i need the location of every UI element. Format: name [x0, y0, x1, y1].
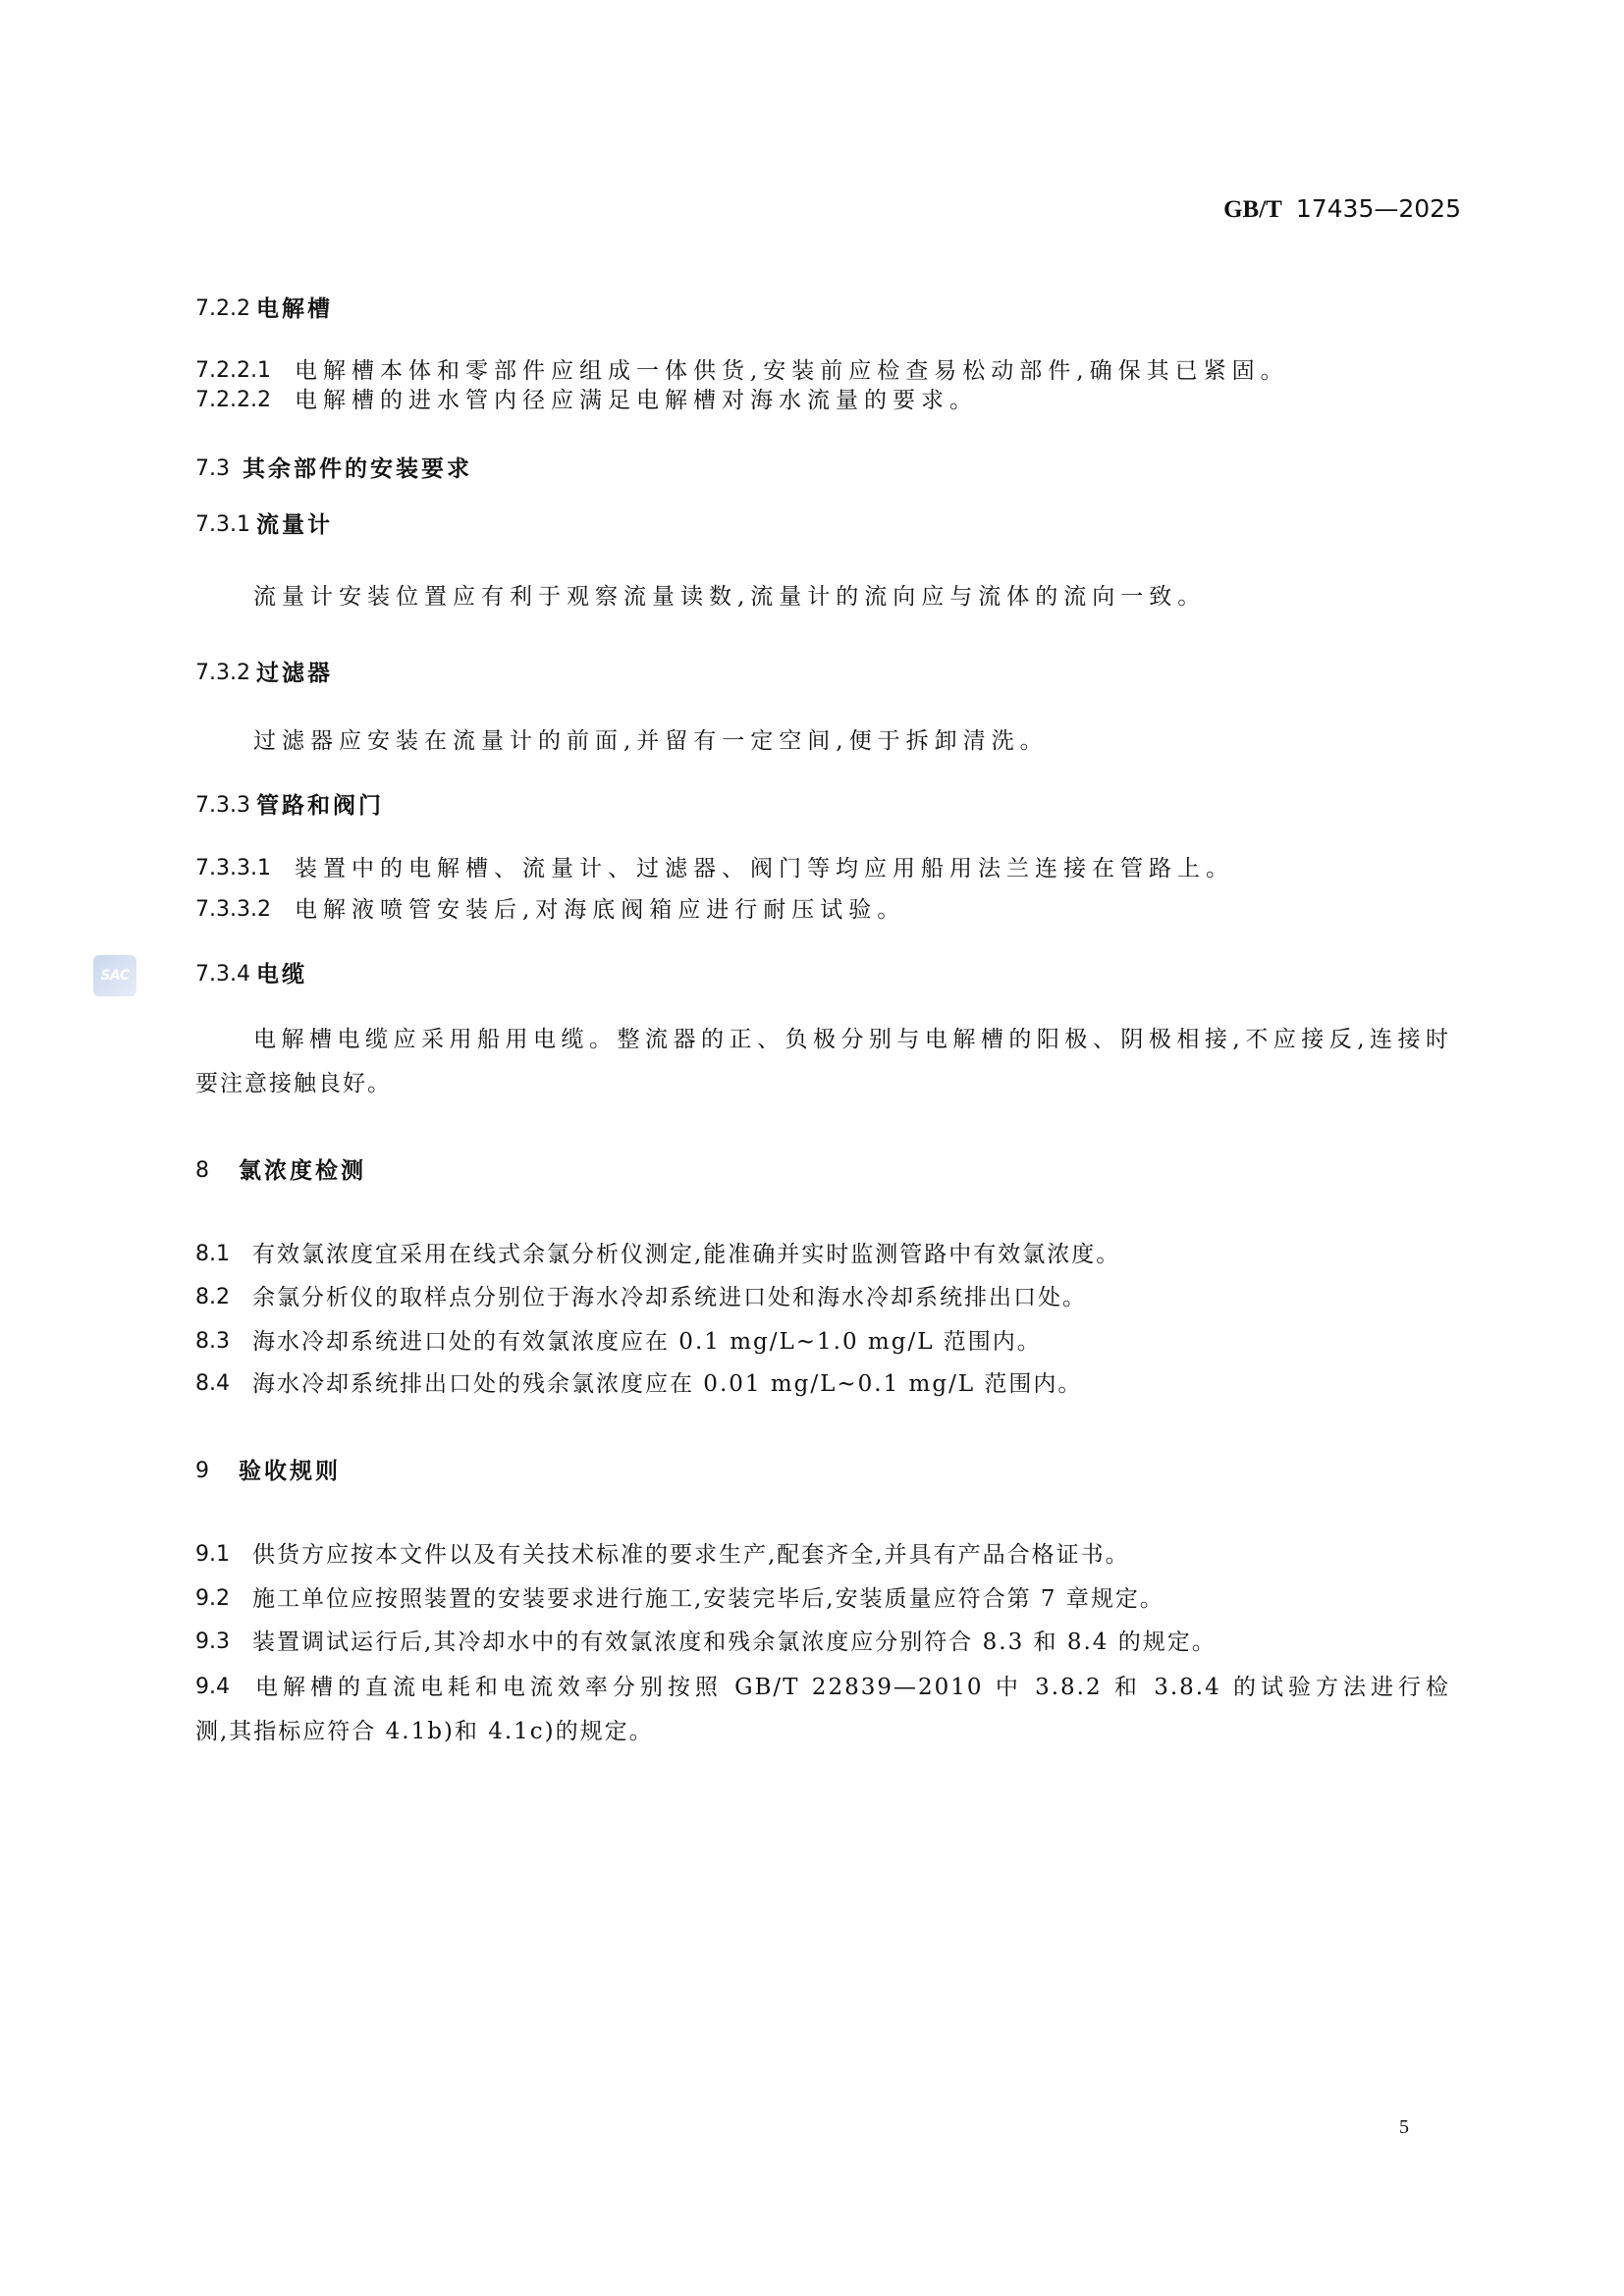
clause-7-3-3-1: 7.3.3.1装置中的电解槽、流量计、过滤器、阀门等均应用船用法兰连接在管路上。	[195, 852, 1450, 885]
clause-text: 电解槽的直流电耗和电流效率分别按照 GB/T 22839—2010 中 3.8.…	[252, 1675, 1450, 1700]
clause-number: 8.1	[195, 1238, 252, 1271]
clause-text: 电解槽的进水管内径应满足电解槽对海水流量的要求。	[295, 388, 978, 413]
paragraph-text: 电解槽电缆应采用船用电缆。整流器的正、负极分别与电解槽的阳极、阴极相接,不应接反…	[253, 1027, 1450, 1052]
clause-number: 8.4	[195, 1367, 252, 1401]
clause-number: 9.4	[195, 1671, 252, 1704]
standard-number: 17435—2025	[1296, 194, 1461, 223]
heading-7-3-3: 7.3.3管路和阀门	[195, 789, 1450, 823]
clause-8-4: 8.4海水冷却系统排出口处的残余氯浓度应在 0.01 mg/L~0.1 mg/L…	[195, 1367, 1450, 1401]
clause-text: 电解槽本体和零部件应组成一体供货,安装前应检查易松动部件,确保其已紧固。	[295, 358, 1289, 384]
heading-7-3-2: 7.3.2过滤器	[195, 657, 1450, 690]
heading-title: 验收规则	[239, 1459, 341, 1484]
clause-8-1: 8.1有效氯浓度宜采用在线式余氯分析仪测定,能准确并实时监测管路中有效氯浓度。	[195, 1238, 1450, 1271]
paragraph-text: 流量计安装位置应有利于观察流量读数,流量计的流向应与流体的流向一致。	[253, 584, 1206, 610]
clause-number: 7.2.2.1	[195, 354, 295, 388]
clause-number: 7.3.3	[195, 789, 256, 823]
clause-number: 7.3.3.2	[195, 893, 295, 927]
clause-7-2-2-1: 7.2.2.1电解槽本体和零部件应组成一体供货,安装前应检查易松动部件,确保其已…	[195, 354, 1450, 388]
clause-text: 海水冷却系统进口处的有效氯浓度应在 0.1 mg/L~1.0 mg/L 范围内。	[252, 1329, 1042, 1355]
heading-7-3-4: 7.3.4电缆	[195, 958, 1450, 991]
heading-title: 其余部件的安装要求	[243, 456, 472, 482]
heading-title: 电解槽	[256, 296, 333, 322]
clause-7-3-3-2: 7.3.3.2电解液喷管安装后,对海底阀箱应进行耐压试验。	[195, 893, 1450, 927]
heading-title: 流量计	[256, 512, 333, 538]
clause-text: 装置调试运行后,其冷却水中的有效氯浓度和残余氯浓度应分别符合 8.3 和 8.4…	[252, 1629, 1217, 1655]
clause-8-2: 8.2余氯分析仪的取样点分别位于海水冷却系统进口处和海水冷却系统排出口处。	[195, 1281, 1450, 1314]
heading-title: 管路和阀门	[256, 793, 384, 819]
clause-text: 海水冷却系统排出口处的残余氯浓度应在 0.01 mg/L~0.1 mg/L 范围…	[252, 1371, 1082, 1397]
clause-number: 8.2	[195, 1281, 252, 1314]
clause-number: 8	[195, 1154, 239, 1188]
clause-9-4-line-2: 测,其指标应符合 4.1b)和 4.1c)的规定。	[195, 1715, 1450, 1748]
clause-text: 余氯分析仪的取样点分别位于海水冷却系统进口处和海水冷却系统排出口处。	[252, 1285, 1087, 1310]
clause-number: 7.3.3.1	[195, 852, 295, 885]
paragraph-7-3-4-line-2: 要注意接触良好。	[195, 1067, 1450, 1100]
standard-code-header: GB/T17435—2025	[1223, 192, 1461, 227]
clause-number: 9.3	[195, 1626, 252, 1659]
clause-text: 测,其指标应符合 4.1b)和 4.1c)的规定。	[195, 1719, 654, 1744]
clause-text: 电解液喷管安装后,对海底阀箱应进行耐压试验。	[295, 897, 905, 923]
clause-number: 9.2	[195, 1582, 252, 1616]
clause-9-1: 9.1供货方应按本文件以及有关技术标准的要求生产,配套齐全,并具有产品合格证书。	[195, 1538, 1450, 1572]
clause-text: 供货方应按本文件以及有关技术标准的要求生产,配套齐全,并具有产品合格证书。	[252, 1542, 1130, 1568]
heading-title: 电缆	[256, 962, 307, 988]
paragraph-7-3-2: 过滤器应安装在流量计的前面,并留有一定空间,便于拆卸清洗。	[253, 724, 1450, 758]
clause-9-2: 9.2施工单位应按照装置的安装要求进行施工,安装完毕后,安装质量应符合第 7 章…	[195, 1582, 1450, 1616]
clause-9-3: 9.3装置调试运行后,其冷却水中的有效氯浓度和残余氯浓度应分别符合 8.3 和 …	[195, 1626, 1450, 1659]
page-number: 5	[1399, 2115, 1409, 2139]
clause-7-2-2-2: 7.2.2.2电解槽的进水管内径应满足电解槽对海水流量的要求。	[195, 384, 1450, 417]
clause-number: 8.3	[195, 1325, 252, 1359]
paragraph-7-3-1: 流量计安装位置应有利于观察流量读数,流量计的流向应与流体的流向一致。	[253, 580, 1450, 614]
clause-number: 7.3	[195, 453, 243, 486]
heading-title: 氯浓度检测	[239, 1158, 366, 1184]
heading-9: 9验收规则	[195, 1455, 1450, 1488]
paragraph-text: 要注意接触良好。	[195, 1071, 392, 1096]
clause-number: 7.3.2	[195, 657, 256, 690]
clause-number: 9.1	[195, 1538, 252, 1572]
clause-9-4-line-1: 9.4电解槽的直流电耗和电流效率分别按照 GB/T 22839—2010 中 3…	[195, 1671, 1450, 1704]
clause-8-3: 8.3海水冷却系统进口处的有效氯浓度应在 0.1 mg/L~1.0 mg/L 范…	[195, 1325, 1450, 1359]
heading-7-2-2: 7.2.2电解槽	[195, 293, 1450, 326]
clause-text: 施工单位应按照装置的安装要求进行施工,安装完毕后,安装质量应符合第 7 章规定。	[252, 1586, 1164, 1612]
heading-title: 过滤器	[256, 661, 333, 686]
clause-number: 7.2.2	[195, 293, 256, 326]
paragraph-7-3-4-line-1: 电解槽电缆应采用船用电缆。整流器的正、负极分别与电解槽的阳极、阴极相接,不应接反…	[253, 1023, 1450, 1056]
standard-prefix: GB/T	[1223, 196, 1282, 223]
clause-number: 9	[195, 1455, 239, 1488]
clause-number: 7.3.4	[195, 958, 256, 991]
sac-logo-icon: SAC	[93, 955, 136, 996]
heading-7-3-1: 7.3.1流量计	[195, 508, 1450, 542]
clause-text: 有效氯浓度宜采用在线式余氯分析仪测定,能准确并实时监测管路中有效氯浓度。	[252, 1242, 1120, 1267]
heading-8: 8氯浓度检测	[195, 1154, 1450, 1188]
clause-text: 装置中的电解槽、流量计、过滤器、阀门等均应用船用法兰连接在管路上。	[295, 856, 1234, 881]
clause-number: 7.2.2.2	[195, 384, 295, 417]
paragraph-text: 过滤器应安装在流量计的前面,并留有一定空间,便于拆卸清洗。	[253, 728, 1049, 754]
heading-7-3: 7.3其余部件的安装要求	[195, 453, 1450, 486]
clause-number: 7.3.1	[195, 508, 256, 542]
